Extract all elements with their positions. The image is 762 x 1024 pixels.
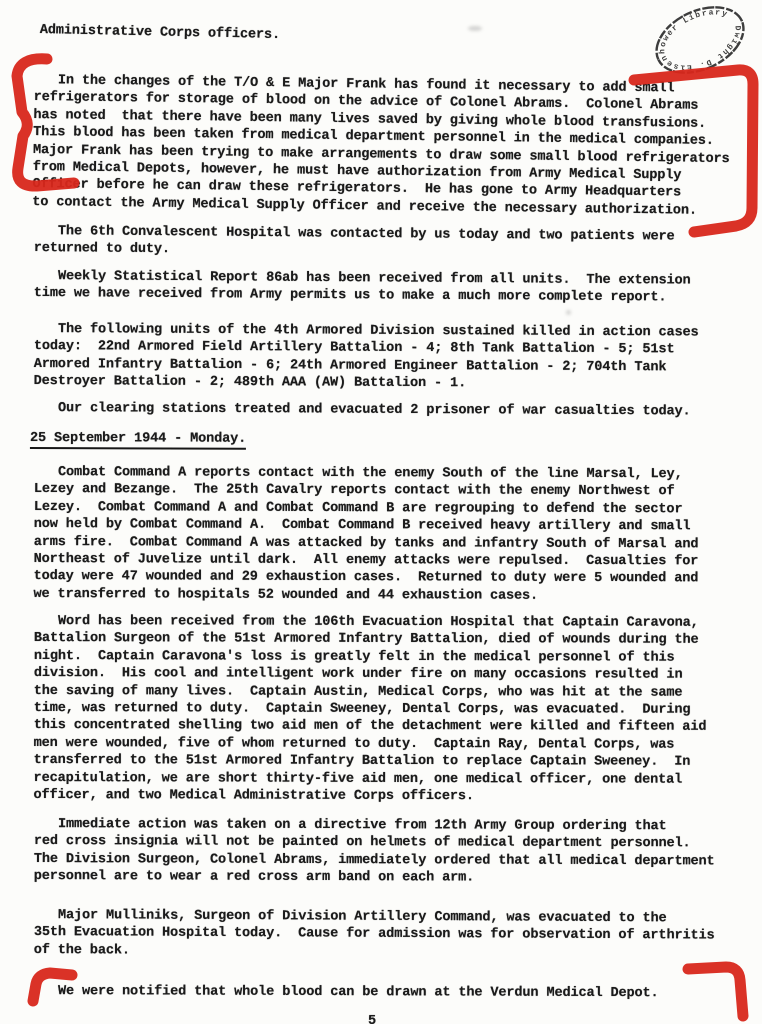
eisenhower-library-stamp: Dwight D. Eisenhower Library: [646, 0, 754, 86]
scan-speck: [566, 310, 571, 315]
paragraph-weekly-report: Weekly Statistical Report 86ab has been …: [34, 268, 691, 307]
paragraph-combat-command: Combat Command A reports contact with th…: [34, 464, 699, 606]
stamp-text: Dwight D. Eisenhower Library: [648, 0, 751, 84]
document-page: Administrative Corps officers. In the ch…: [0, 0, 762, 1024]
paragraph-killed-in-action: The following units of the 4th Armored D…: [34, 321, 699, 394]
paragraph-convalescent-hospital: The 6th Convalescent Hospital was contac…: [34, 223, 675, 263]
paragraph-major-mulliniks: Major Mulliniks, Surgeon of Division Art…: [34, 907, 715, 963]
continuation-line: Administrative Corps officers.: [40, 22, 281, 44]
date-heading-row: 25 September 1944 - Monday.: [30, 430, 246, 448]
paragraph-blood-refrigerators: In the changes of the T/O & E Major Fran…: [32, 72, 730, 220]
paragraph-verdun-depot: We were notified that whole blood can be…: [34, 983, 659, 1003]
red-corner-bottom-right-annotation: [688, 967, 743, 1016]
scan-speck: [468, 26, 482, 31]
date-heading: 25 September 1944 - Monday.: [30, 431, 246, 450]
paragraph-captain-caravona: Word has been received from the 106th Ev…: [33, 613, 706, 806]
paragraph-clearing-stations: Our clearing stations treated and evacua…: [34, 400, 691, 421]
paragraph-red-cross-insignia: Immediate action was taken on a directiv…: [34, 816, 715, 888]
stamp-border: [646, 0, 754, 86]
page-number: 5: [368, 1013, 376, 1024]
